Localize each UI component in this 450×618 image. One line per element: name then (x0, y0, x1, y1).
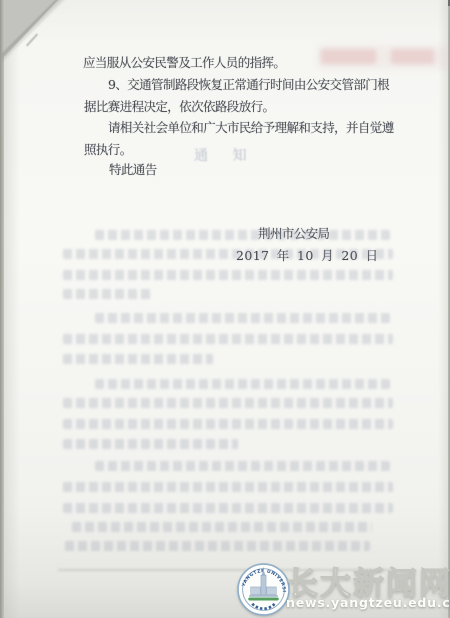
red-bleedthrough-fragment (391, 49, 434, 64)
bleedthrough-line (63, 419, 393, 429)
red-bleedthrough-fragment (321, 49, 376, 64)
bleedthrough-line (63, 482, 393, 492)
bleedthrough-line (65, 541, 370, 551)
bleedthrough-line (63, 334, 393, 344)
watermark-site-url: news.yangtzeu.edu.cn (286, 595, 450, 610)
bleedthrough-line (72, 522, 372, 532)
bleedthrough-title: 通 知 (194, 145, 256, 165)
bleedthrough-line (63, 354, 213, 364)
body-line: 9、交通管制路段恢复正常通行时间由公安交管部门根 (108, 78, 389, 92)
closing-line: 特此通告 (109, 163, 157, 177)
body-line: 据比赛进程决定，依次依路段放行。 (84, 100, 274, 114)
bleedthrough-line (63, 289, 151, 299)
bleedthrough-line (95, 230, 390, 240)
bleedthrough-line (63, 249, 393, 259)
body-line: 照执行。 (84, 143, 132, 157)
bleedthrough-line (95, 379, 390, 389)
body-line: 应当服从公安民警及工作人员的指挥。 (83, 56, 285, 70)
bleedthrough-line (63, 270, 393, 280)
bleedthrough-line (63, 398, 393, 408)
bleedthrough-line (95, 461, 390, 471)
scanned-document-screenshot: 应当服从公安民警及工作人员的指挥。 9、交通管制路段恢复正常通行时间由公安交管部… (0, 0, 450, 618)
bleedthrough-line (95, 313, 390, 323)
bleedthrough-line (63, 439, 238, 449)
yangtze-university-seal-icon: YANGTZE UNIVERSITY (237, 563, 290, 616)
body-line: 请相关社会单位和广大市民给予理解和支持，并自觉遵 (108, 121, 394, 135)
bleedthrough-line (63, 503, 393, 513)
